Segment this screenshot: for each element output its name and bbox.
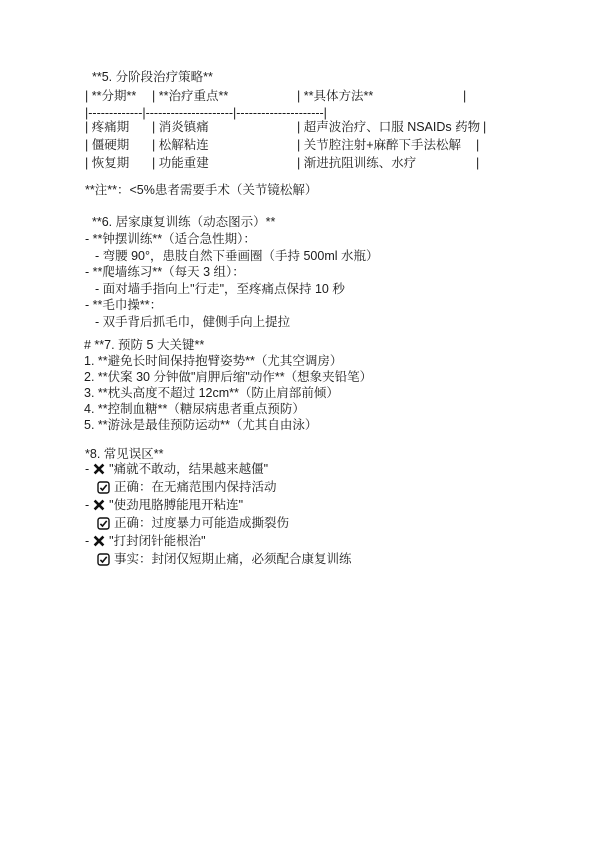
fact-text: 正确：过度暴力可能造成撕裂伤 [114,516,289,530]
bullet-dash: - [85,462,89,476]
section-6-heading: **6. 居家康复训练（动态图示）** [92,215,275,229]
sub-bullet-line: - 双手背后抓毛巾，健侧手向上提拉 [95,315,290,329]
bullet-dash: - [85,534,89,548]
section-5-heading: **5. 分阶段治疗策略** [92,70,213,84]
table-cell: | 超声波治疗、口服 NSAIDs 药物 [297,120,480,134]
section-8-heading: *8. 常见误区** [85,447,164,461]
table-pipe: | [483,120,486,134]
bullet-line: - **毛巾操**： [85,298,162,312]
fact-line: 正确：在无痛范围内保持活动 [97,480,277,494]
table-row: | 疼痛期 | 消炎镇痛 | 超声波治疗、口服 NSAIDs 药物 | [0,120,595,134]
cross-icon [93,499,105,511]
sub-bullet-line: - 弯腰 90°，患肢自然下垂画圈（手持 500ml 水瓶） [95,249,379,263]
fact-text: 正确：在无痛范围内保持活动 [114,480,277,494]
table-cell: | 恢复期 [85,156,129,170]
bullet-dash: - [85,498,89,512]
myth-line: - "使劲甩胳膊能甩开粘连" [85,498,243,512]
numbered-item: 4. **控制血糖**（糖尿病患者重点预防） [84,402,305,416]
table-cell: | 功能重建 [152,156,209,170]
table-pipe: | [476,156,479,170]
table-separator: |-------------|---------------------|---… [85,106,327,120]
checked-checkbox-icon [97,553,110,566]
cross-icon [93,463,105,475]
numbered-item: 1. **避免长时间保持抱臂姿势**（尤其空调房） [84,354,342,368]
table-row: | 僵硬期 | 松解粘连 | 关节腔注射+麻醉下手法松解 | [0,138,595,152]
table-cell: | 僵硬期 [85,138,129,152]
table-pipe: | [463,89,466,103]
numbered-item: 2. **伏案 30 分钟做"肩胛后缩"动作**（想象夹铅笔） [84,370,372,384]
cross-icon [93,535,105,547]
myth-text: "打封闭针能根治" [109,534,205,548]
myth-text: "使劲甩胳膊能甩开粘连" [109,498,243,512]
table-cell: | 疼痛期 [85,120,129,134]
myth-text: "痛就不敢动，结果越来越僵" [109,462,268,476]
table-pipe: | [476,138,479,152]
table-header-cell: | **治疗重点** [152,89,228,103]
myth-line: - "打封闭针能根治" [85,534,206,548]
fact-text: 事实：封闭仅短期止痛，必须配合康复训练 [114,552,352,566]
numbered-item: 3. **枕头高度不超过 12cm**（防止肩部前倾） [84,386,339,400]
table-header-cell: | **分期** [85,89,136,103]
fact-line: 事实：封闭仅短期止痛，必须配合康复训练 [97,552,352,566]
table-header-cell: | **具体方法** [297,89,373,103]
table-cell: | 松解粘连 [152,138,209,152]
note-line: **注**：<5%患者需要手术（关节镜松解） [85,183,317,197]
table-cell: | 渐进抗阻训练、水疗 [297,156,416,170]
checked-checkbox-icon [97,517,110,530]
numbered-item: 5. **游泳是最佳预防运动**（尤其自由泳） [84,418,317,432]
myth-line: - "痛就不敢动，结果越来越僵" [85,462,268,476]
table-row: | 恢复期 | 功能重建 | 渐进抗阻训练、水疗 | [0,156,595,170]
bullet-line: - **爬墙练习**（每天 3 组）： [85,265,245,279]
document-page: **5. 分阶段治疗策略** | **分期** | **治疗重点** | **具… [0,0,595,841]
table-cell: | 关节腔注射+麻醉下手法松解 [297,138,461,152]
section-7-heading: # **7. 预防 5 大关键** [84,338,204,352]
bullet-line: - **钟摆训练**（适合急性期）： [85,232,256,246]
table-cell: | 消炎镇痛 [152,120,209,134]
checked-checkbox-icon [97,481,110,494]
sub-bullet-line: - 面对墙手指向上"行走"，至疼痛点保持 10 秒 [95,282,345,296]
table-header-row: | **分期** | **治疗重点** | **具体方法** | [0,89,595,103]
fact-line: 正确：过度暴力可能造成撕裂伤 [97,516,289,530]
